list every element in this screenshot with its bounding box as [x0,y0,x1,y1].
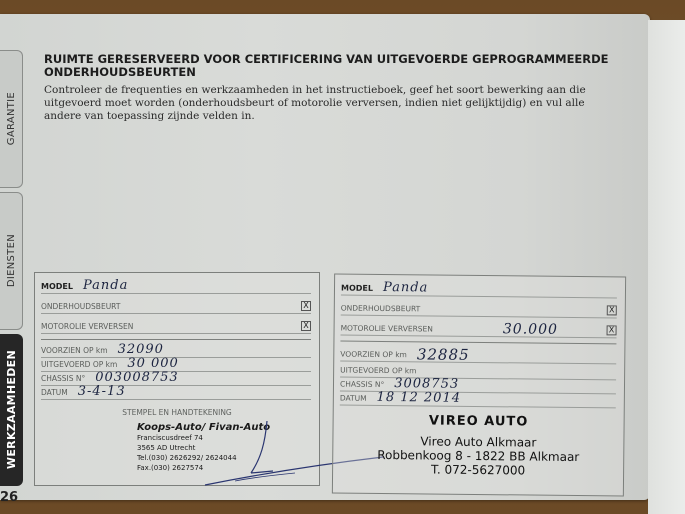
tab-label: WERKZAAMHEDEN [5,350,18,469]
booklet-page: GARANTIE DIENSTEN WERKZAAMHEDEN 26 RUIMT… [0,14,650,500]
dealer-stamp: VIREO AUTO Vireo Auto Alkmaar Robbenkoog… [333,412,624,478]
model-label: MODEL [341,284,373,295]
onderhoudsbeurt-checkbox[interactable]: X [301,301,311,311]
tab-label: GARANTIE [6,92,17,145]
motorolie-checkbox[interactable]: X [301,321,311,331]
motorolie-label: MOTOROLIE VERVERSEN [41,322,133,333]
onderhoudsbeurt-row: ONDERHOUDSBEURT X [341,299,617,319]
stamp-brand-logo: VIREO AUTO [334,412,624,430]
divider [340,341,616,345]
datum-label: DATUM [41,388,68,399]
next-page-edge [648,20,685,514]
datum-value: 3-4-13 [78,385,126,399]
tab-garantie[interactable]: GARANTIE [0,50,23,188]
model-row: MODEL Panda [41,277,311,294]
intro-text: Controleer de frequenties en werkzaamhed… [44,84,624,123]
motorolie-checkbox[interactable]: X [607,325,617,335]
page-title: RUIMTE GERESERVEERD VOOR CERTIFICERING V… [44,53,624,79]
datum-row: DATUM 18 12 2014 [340,389,616,409]
model-row: MODEL Panda [341,279,617,299]
stamp-tel: T. 072-5627000 [333,461,623,478]
voorzien-value: 32885 [417,347,470,362]
tab-label: DIENSTEN [6,234,17,287]
voorzien-label: VOORZIEN OP km [340,350,407,362]
model-value: Panda [83,279,128,293]
motorolie-row: MOTOROLIE VERVERSEN 30.000 X [341,319,617,339]
onderhoudsbeurt-row: ONDERHOUDSBEURT X [41,297,311,314]
onderhoudsbeurt-checkbox[interactable]: X [607,305,617,315]
divider [41,339,311,340]
onderhoudsbeurt-label: ONDERHOUDSBEURT [41,302,120,313]
datum-row: DATUM 3-4-13 [41,383,311,400]
maintenance-record-2: MODEL Panda ONDERHOUDSBEURT X MOTOROLIE … [332,273,626,496]
maintenance-record-1: MODEL Panda ONDERHOUDSBEURT X MOTOROLIE … [34,272,320,486]
model-label: MODEL [41,282,73,293]
tab-diensten[interactable]: DIENSTEN [0,192,23,330]
datum-value: 18 12 2014 [377,391,462,406]
interval-note: 30.000 [503,322,558,337]
motorolie-row: MOTOROLIE VERVERSEN X [41,317,311,334]
model-value: Panda [383,281,429,295]
motorolie-label: MOTOROLIE VERVERSEN [341,324,433,336]
page-number: 26 [0,490,18,505]
onderhoudsbeurt-label: ONDERHOUDSBEURT [341,304,421,316]
tab-werkzaamheden[interactable]: WERKZAAMHEDEN [0,334,23,486]
datum-label: DATUM [340,394,367,405]
